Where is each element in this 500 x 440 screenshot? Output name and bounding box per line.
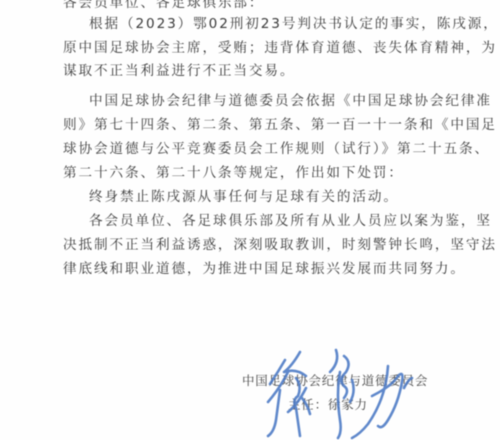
text-line: 律底线和职业道德，为推进中国足球振兴发展而共同努力。 xyxy=(63,261,466,277)
text-line-salutation: 各会员单位、各足球俱乐部： xyxy=(63,0,264,11)
text-line: 第二十六条、第二十八条等规定，作出如下处罚： xyxy=(63,165,404,181)
text-line: 原中国足球协会主席，受贿；违背体育道德、丧失体育精神，为 xyxy=(63,40,497,56)
signature-organization: 中国足球协会纪律与道德委员会 xyxy=(242,371,428,389)
document-page: 各会员单位、各足球俱乐部： 根据（2023）鄂02刑初23号判决书认定的事实，陈… xyxy=(0,0,500,440)
text-line: 根据（2023）鄂02刑初23号判决书认定的事实，陈戌源， xyxy=(89,16,499,32)
text-line: 决抵制不正当利益诱惑，深刻吸取教训，时刻警钟长鸣，坚守法 xyxy=(63,237,497,253)
text-line-penalty: 终身禁止陈戌源从事任何与足球有关的活动。 xyxy=(89,189,399,205)
text-line: 各会员单位、各足球俱乐部及所有从业人员应以案为鉴，坚 xyxy=(89,213,492,229)
text-line: 球协会道德与公平竞赛委员会工作规则（试行）》第二十五条、 xyxy=(63,141,490,157)
text-line: 则》第七十四条、第二条、第五条、第一百一十一条和《中国足 xyxy=(63,117,497,133)
text-line: 谋取不正当利益进行不正当交易。 xyxy=(63,63,295,79)
text-line: 中国足球协会纪律与道德委员会依据《中国足球协会纪律准 xyxy=(89,93,492,109)
signature-title: 主任：徐家力 xyxy=(288,395,368,413)
